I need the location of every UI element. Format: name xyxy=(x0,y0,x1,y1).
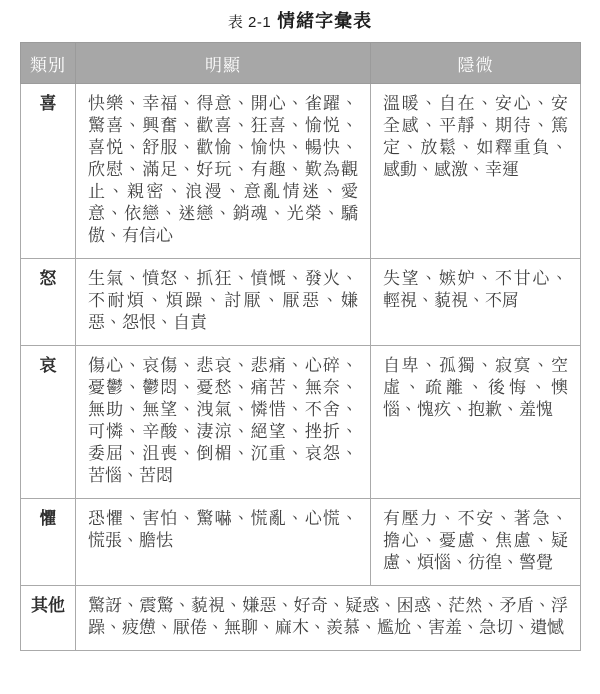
subtle-cell-fear: 有壓力、不安、著急、擔心、憂慮、焦慮、疑慮、煩惱、彷徨、警覺 xyxy=(371,499,581,586)
header-category: 類別 xyxy=(21,43,76,84)
category-cell-fear: 懼 xyxy=(21,499,76,586)
table-body: 喜 快樂、幸福、得意、開心、雀躍、驚喜、興奮、歡喜、狂喜、愉悦、喜悦、舒服、歡愉… xyxy=(21,84,581,651)
table-name: 情緒字彙表 xyxy=(277,11,372,31)
category-cell-sadness: 哀 xyxy=(21,346,76,499)
obvious-cell-fear: 恐懼、害怕、驚嚇、慌亂、心慌、慌張、膽怯 xyxy=(76,499,371,586)
table-row-fear: 懼 恐懼、害怕、驚嚇、慌亂、心慌、慌張、膽怯 有壓力、不安、著急、擔心、憂慮、焦… xyxy=(21,499,581,586)
table-number: 表 2-1 xyxy=(228,14,271,31)
category-cell-other: 其他 xyxy=(21,586,76,651)
table-row-sadness: 哀 傷心、哀傷、悲哀、悲痛、心碎、憂鬱、鬱悶、憂愁、痛苦、無奈、無助、無望、洩氣… xyxy=(21,346,581,499)
subtle-cell-sadness: 自卑、孤獨、寂寞、空虛、疏離、後悔、懊惱、愧疚、抱歉、羞愧 xyxy=(371,346,581,499)
table-title: 表 2-1情緒字彙表 xyxy=(0,7,600,33)
header-obvious: 明顯 xyxy=(76,43,371,84)
obvious-cell-sadness: 傷心、哀傷、悲哀、悲痛、心碎、憂鬱、鬱悶、憂愁、痛苦、無奈、無助、無望、洩氣、憐… xyxy=(76,346,371,499)
subtle-cell-joy: 溫暖、自在、安心、安全感、平靜、期待、篤定、放鬆、如釋重負、感動、感激、幸運 xyxy=(371,84,581,259)
table-header: 類別 明顯 隱微 xyxy=(21,43,581,84)
table-row-joy: 喜 快樂、幸福、得意、開心、雀躍、驚喜、興奮、歡喜、狂喜、愉悦、喜悦、舒服、歡愉… xyxy=(21,84,581,259)
page: 表 2-1情緒字彙表 類別 明顯 隱微 喜 快樂、幸福、得意、開心、雀躍、驚喜、… xyxy=(0,0,600,694)
table-row-other: 其他 驚訝、震驚、藐視、嫌惡、好奇、疑惑、困惑、茫然、矛盾、浮躁、疲憊、厭倦、無… xyxy=(21,586,581,651)
table-row-anger: 怒 生氣、憤怒、抓狂、憤慨、發火、不耐煩、煩躁、討厭、厭惡、嫌惡、怨恨、自責 失… xyxy=(21,259,581,346)
emotion-vocabulary-table: 類別 明顯 隱微 喜 快樂、幸福、得意、開心、雀躍、驚喜、興奮、歡喜、狂喜、愉悦… xyxy=(20,42,581,651)
subtle-cell-anger: 失望、嫉妒、不甘心、輕視、藐視、不屑 xyxy=(371,259,581,346)
category-cell-anger: 怒 xyxy=(21,259,76,346)
obvious-cell-anger: 生氣、憤怒、抓狂、憤慨、發火、不耐煩、煩躁、討厭、厭惡、嫌惡、怨恨、自責 xyxy=(76,259,371,346)
obvious-cell-joy: 快樂、幸福、得意、開心、雀躍、驚喜、興奮、歡喜、狂喜、愉悦、喜悦、舒服、歡愉、愉… xyxy=(76,84,371,259)
category-cell-joy: 喜 xyxy=(21,84,76,259)
header-row: 類別 明顯 隱微 xyxy=(21,43,581,84)
words-cell-other: 驚訝、震驚、藐視、嫌惡、好奇、疑惑、困惑、茫然、矛盾、浮躁、疲憊、厭倦、無聊、麻… xyxy=(76,586,581,651)
header-subtle: 隱微 xyxy=(371,43,581,84)
